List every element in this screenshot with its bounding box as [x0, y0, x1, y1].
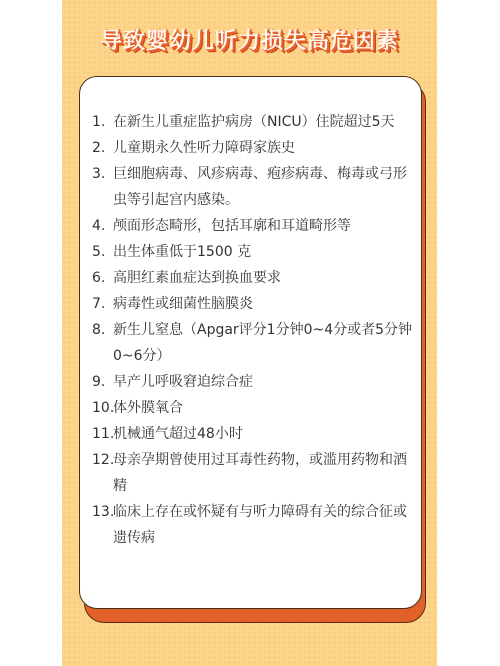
item-text: 在新生儿重症监护病房（NICU）住院超过5天: [113, 109, 417, 135]
item-number: 4.: [92, 213, 113, 239]
list-item: 1.在新生儿重症监护病房（NICU）住院超过5天: [92, 109, 417, 135]
item-number: 5.: [92, 239, 113, 265]
list-item: 7.病毒性或细菌性脑膜炎: [92, 291, 417, 317]
item-text: 母亲孕期曾使用过耳毒性药物，或滥用药物和酒精: [113, 447, 417, 499]
background-panel: 导致婴幼儿听力损失高危因素 1.在新生儿重症监护病房（NICU）住院超过5天 2…: [62, 0, 437, 666]
risk-factor-list: 1.在新生儿重症监护病房（NICU）住院超过5天 2.儿童期永久性听力障碍家族史…: [92, 109, 417, 551]
item-number: 2.: [92, 135, 113, 161]
list-item: 12.母亲孕期曾使用过耳毒性药物，或滥用药物和酒精: [92, 447, 417, 499]
item-text: 颅面形态畸形，包括耳廓和耳道畸形等: [113, 213, 417, 239]
list-item: 3.巨细胞病毒、风疹病毒、疱疹病毒、梅毒或弓形虫等引起宫内感染。: [92, 161, 417, 213]
item-number: 13.: [92, 499, 113, 551]
list-item: 13.临床上存在或怀疑有与听力障碍有关的综合征或遗传病: [92, 499, 417, 551]
list-item: 4.颅面形态畸形，包括耳廓和耳道畸形等: [92, 213, 417, 239]
item-number: 12.: [92, 447, 113, 499]
item-text: 巨细胞病毒、风疹病毒、疱疹病毒、梅毒或弓形虫等引起宫内感染。: [113, 161, 417, 213]
item-number: 8.: [92, 317, 113, 369]
item-text: 新生儿窒息（Apgar评分1分钟0~4分或者5分钟 0~6分）: [113, 317, 417, 369]
list-item: 9.早产儿呼吸窘迫综合症: [92, 369, 417, 395]
item-number: 1.: [92, 109, 113, 135]
item-number: 11.: [92, 421, 113, 447]
item-text: 临床上存在或怀疑有与听力障碍有关的综合征或遗传病: [113, 499, 417, 551]
list-item: 11.机械通气超过48小时: [92, 421, 417, 447]
item-text: 出生体重低于1500 克: [113, 239, 417, 265]
item-number: 10.: [92, 395, 113, 421]
item-text: 机械通气超过48小时: [113, 421, 417, 447]
item-number: 7.: [92, 291, 113, 317]
item-number: 6.: [92, 265, 113, 291]
list-item: 10.体外膜氧合: [92, 395, 417, 421]
item-text: 儿童期永久性听力障碍家族史: [113, 135, 417, 161]
item-text: 体外膜氧合: [113, 395, 417, 421]
item-number: 9.: [92, 369, 113, 395]
item-text: 早产儿呼吸窘迫综合症: [113, 369, 417, 395]
item-text: 病毒性或细菌性脑膜炎: [113, 291, 417, 317]
page-title: 导致婴幼儿听力损失高危因素: [62, 24, 437, 55]
list-item: 5.出生体重低于1500 克: [92, 239, 417, 265]
item-text: 高胆红素血症达到换血要求: [113, 265, 417, 291]
list-item: 6.高胆红素血症达到换血要求: [92, 265, 417, 291]
item-number: 3.: [92, 161, 113, 213]
list-item: 8.新生儿窒息（Apgar评分1分钟0~4分或者5分钟 0~6分）: [92, 317, 417, 369]
list-item: 2.儿童期永久性听力障碍家族史: [92, 135, 417, 161]
content-card: 1.在新生儿重症监护病房（NICU）住院超过5天 2.儿童期永久性听力障碍家族史…: [79, 76, 422, 609]
